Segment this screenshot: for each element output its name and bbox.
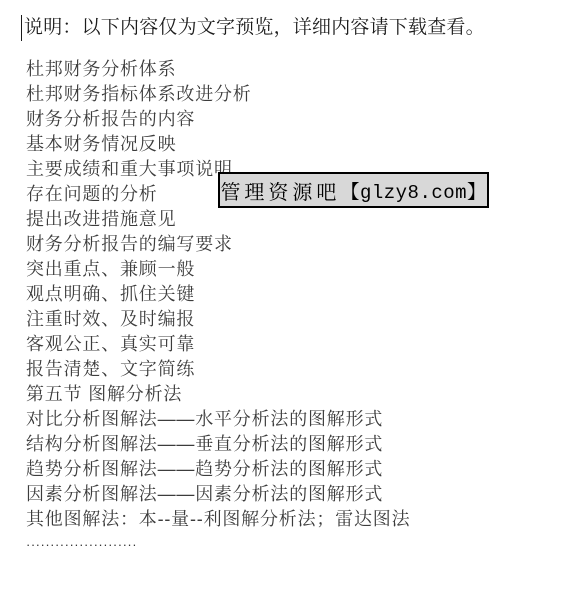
preview-page: 说明：以下内容仅为文字预览，详细内容请下载查看。 杜邦财务分析体系 杜邦财务指标… (0, 0, 578, 600)
text-line: 杜邦财务指标体系改进分析 (26, 82, 410, 107)
watermark-site-domain: 【glzy8.com】 (340, 177, 486, 204)
text-line: 因素分析图解法——因素分析法的图解形式 (26, 482, 410, 507)
text-line: 注重时效、及时编报 (26, 307, 410, 332)
text-line: 财务分析报告的内容 (26, 107, 410, 132)
document-text: 杜邦财务分析体系 杜邦财务指标体系改进分析 财务分析报告的内容 基本财务情况反映… (26, 57, 410, 557)
text-line: 突出重点、兼顾一般 (26, 257, 410, 282)
text-line: 提出改进措施意见 (26, 207, 410, 232)
text-line: 对比分析图解法——水平分析法的图解形式 (26, 407, 410, 432)
watermark-site-name: 管理资源吧 (220, 176, 340, 205)
watermark-box: 管理资源吧【glzy8.com】 (218, 172, 489, 208)
text-line: 第五节 图解分析法 (26, 382, 410, 407)
text-line: 报告清楚、文字简练 (26, 357, 410, 382)
text-line: 基本财务情况反映 (26, 132, 410, 157)
text-line: 趋势分析图解法——趋势分析法的图解形式 (26, 457, 410, 482)
text-line: 观点明确、抓住关键 (26, 282, 410, 307)
text-line: 客观公正、真实可靠 (26, 332, 410, 357)
text-line: 杜邦财务分析体系 (26, 57, 410, 82)
text-line: 财务分析报告的编写要求 (26, 232, 410, 257)
ellipsis-line: ······················· (26, 532, 410, 557)
preview-notice: 说明：以下内容仅为文字预览，详细内容请下载查看。 (24, 14, 485, 42)
text-line: 其他图解法：本--量--利图解分析法；雷达图法 (26, 507, 410, 532)
text-cursor (21, 15, 22, 41)
text-line: 结构分析图解法——垂直分析法的图解形式 (26, 432, 410, 457)
